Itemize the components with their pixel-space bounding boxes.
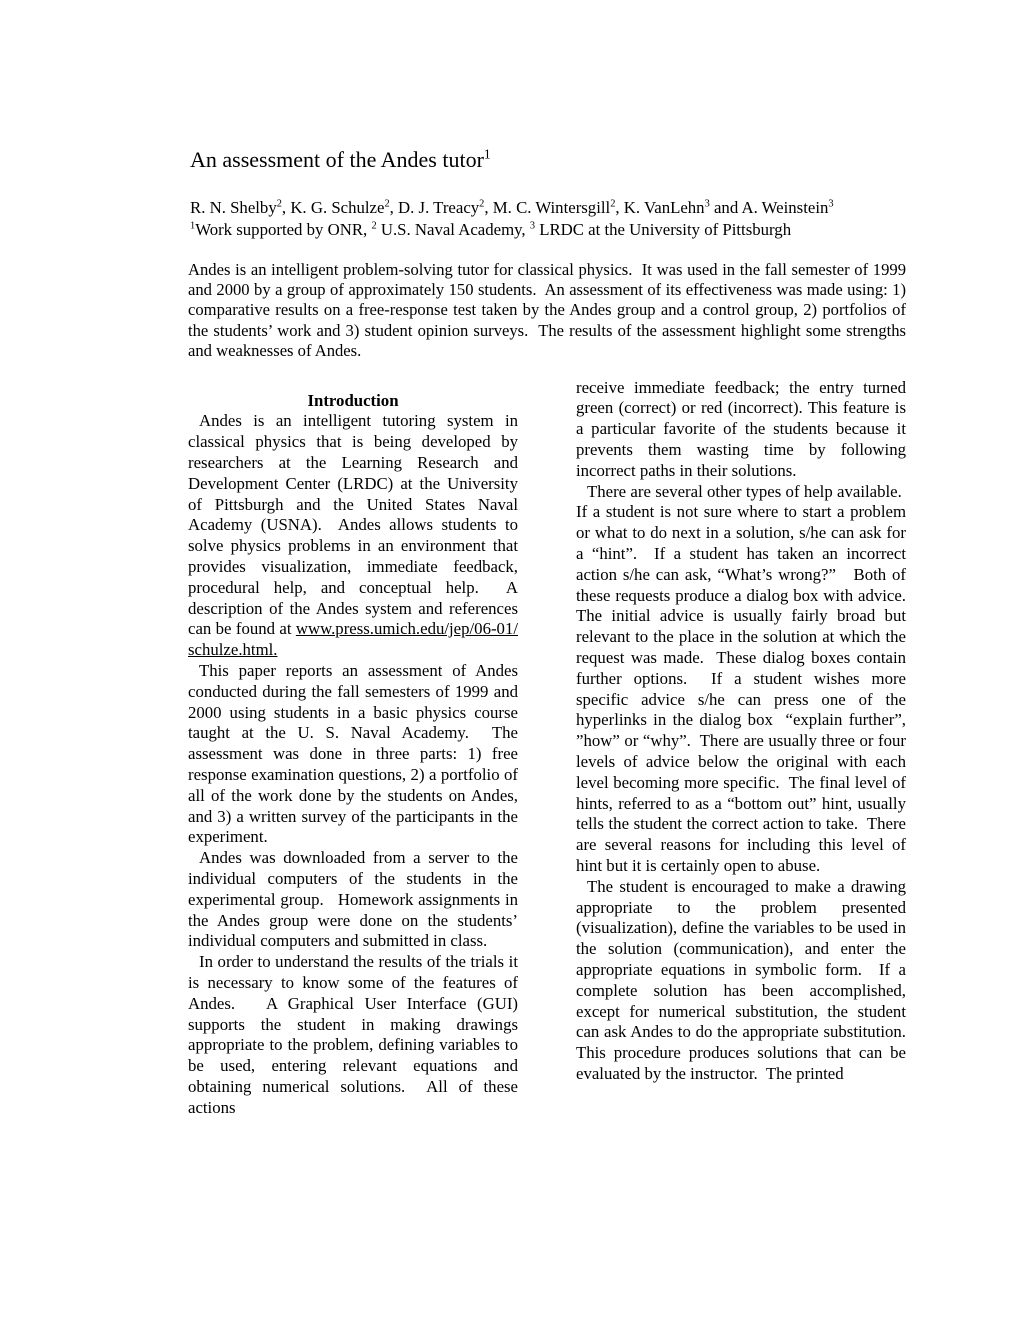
intro-paragraph-3: Andes was downloaded from a server to th… xyxy=(188,848,518,952)
abstract-paragraph: Andes is an intelligent problem-solving … xyxy=(188,260,906,361)
document-page: An assessment of the Andes tutor1 R. N. … xyxy=(188,0,906,1119)
author-name: , K. VanLehn xyxy=(615,198,704,217)
author-name: , M. C. Wintersgill xyxy=(484,198,610,217)
body-paragraph-drawing: The student is encouraged to make a draw… xyxy=(576,877,906,1085)
intro-paragraph-2: This paper reports an assessment of Ande… xyxy=(188,661,518,848)
author-line: R. N. Shelby2, K. G. Schulze2, D. J. Tre… xyxy=(190,197,906,219)
intro-paragraph-1-text: Andes is an intelligent tutoring system … xyxy=(188,411,518,638)
title-footnote-marker: 1 xyxy=(484,147,491,162)
author-name: and A. Weinstein xyxy=(710,198,829,217)
body-paragraph-continuation: receive immediate feedback; the entry tu… xyxy=(576,378,906,482)
affiliation-text: LRDC at the University of Pittsburgh xyxy=(535,220,791,239)
paper-title: An assessment of the Andes tutor1 xyxy=(190,146,906,174)
left-column: Introduction Andes is an intelligent tut… xyxy=(188,378,518,1119)
affiliation-line: 1Work supported by ONR, 2 U.S. Naval Aca… xyxy=(190,219,906,241)
body-paragraph-help-types: There are several other types of help av… xyxy=(576,482,906,877)
author-name: R. N. Shelby xyxy=(190,198,277,217)
author-name: , D. J. Treacy xyxy=(390,198,480,217)
intro-paragraph-4: In order to understand the results of th… xyxy=(188,952,518,1118)
paper-title-text: An assessment of the Andes tutor xyxy=(190,147,484,172)
author-affiliation-marker: 3 xyxy=(828,198,833,209)
intro-paragraph-1: Andes is an intelligent tutoring system … xyxy=(188,411,518,661)
affiliation-text: Work supported by ONR, xyxy=(195,220,371,239)
author-name: , K. G. Schulze xyxy=(282,198,385,217)
section-heading-introduction: Introduction xyxy=(188,391,518,412)
right-column: receive immediate feedback; the entry tu… xyxy=(576,378,906,1119)
affiliation-text: U.S. Naval Academy, xyxy=(377,220,530,239)
two-column-body: Introduction Andes is an intelligent tut… xyxy=(188,378,906,1119)
